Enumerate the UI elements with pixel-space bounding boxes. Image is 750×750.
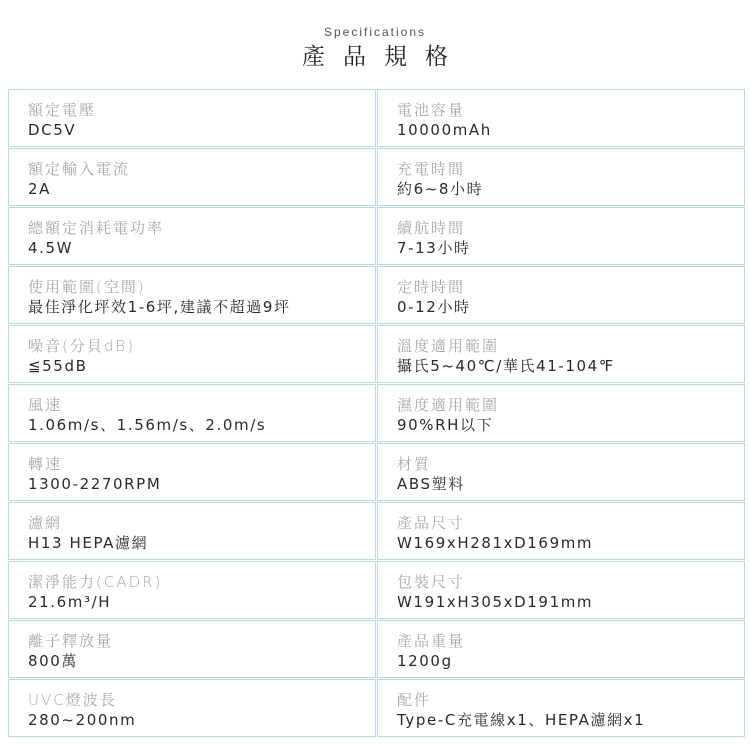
spec-cell-humidity-range: 濕度適用範圍 90%RH以下 <box>377 384 745 442</box>
spec-cell-rated-voltage: 額定電壓 DC5V <box>8 89 376 147</box>
spec-label: 充電時間 <box>397 160 744 179</box>
spec-label: 續航時間 <box>397 219 744 238</box>
spec-label: 風速 <box>28 396 375 415</box>
spec-label: 潔淨能力(CADR) <box>28 573 375 592</box>
spec-value: Type-C充電線x1、HEPA濾網x1 <box>397 710 744 730</box>
header-title: 產品規格 <box>0 42 750 72</box>
spec-value: 攝氏5~40℃/華氏41-104℉ <box>397 356 744 376</box>
spec-value: 21.6m³/H <box>28 592 375 612</box>
spec-value: 4.5W <box>28 238 375 258</box>
spec-value: 1.06m/s、1.56m/s、2.0m/s <box>28 415 375 435</box>
spec-cell-product-size: 產品尺寸 W169xH281xD169mm <box>377 502 745 560</box>
spec-label: 濕度適用範圍 <box>397 396 744 415</box>
spec-label: 使用範圍(空間) <box>28 278 375 297</box>
spec-value: DC5V <box>28 120 375 140</box>
spec-cell-timer: 定時時間 0-12小時 <box>377 266 745 324</box>
spec-label: 產品重量 <box>397 632 744 651</box>
spec-label: 轉速 <box>28 455 375 474</box>
spec-cell-power-consumption: 總額定消耗電功率 4.5W <box>8 207 376 265</box>
spec-cell-charging-time: 充電時間 約6~8小時 <box>377 148 745 206</box>
spec-label: 配件 <box>397 691 744 710</box>
spec-cell-material: 材質 ABS塑料 <box>377 443 745 501</box>
spec-value: 0-12小時 <box>397 297 744 317</box>
spec-value: 280~200nm <box>28 710 375 730</box>
spec-cell-package-size: 包裝尺寸 W191xH305xD191mm <box>377 561 745 619</box>
spec-value: 7-13小時 <box>397 238 744 258</box>
spec-label: 溫度適用範圍 <box>397 337 744 356</box>
spec-value: W169xH281xD169mm <box>397 533 744 553</box>
spec-label: 離子釋放量 <box>28 632 375 651</box>
spec-label: 電池容量 <box>397 101 744 120</box>
spec-cell-wind-speed: 風速 1.06m/s、1.56m/s、2.0m/s <box>8 384 376 442</box>
spec-label: 包裝尺寸 <box>397 573 744 592</box>
spec-cell-temperature-range: 溫度適用範圍 攝氏5~40℃/華氏41-104℉ <box>377 325 745 383</box>
spec-value: H13 HEPA濾網 <box>28 533 375 553</box>
spec-cell-uvc-wavelength: UVC燈波長 280~200nm <box>8 679 376 737</box>
spec-cell-battery-life: 續航時間 7-13小時 <box>377 207 745 265</box>
spec-value: 10000mAh <box>397 120 744 140</box>
spec-value: W191xH305xD191mm <box>397 592 744 612</box>
spec-cell-product-weight: 產品重量 1200g <box>377 620 745 678</box>
spec-value: 90%RH以下 <box>397 415 744 435</box>
spec-cell-rotation-speed: 轉速 1300-2270RPM <box>8 443 376 501</box>
spec-value: ABS塑料 <box>397 474 744 494</box>
spec-cell-noise: 噪音(分貝dB) ≦55dB <box>8 325 376 383</box>
spec-value: 1200g <box>397 651 744 671</box>
spec-table: 額定電壓 DC5V 電池容量 10000mAh 額定輸入電流 2A 充電時間 約… <box>8 89 745 737</box>
spec-label: 額定輸入電流 <box>28 160 375 179</box>
spec-value: 2A <box>28 179 375 199</box>
spec-cell-battery-capacity: 電池容量 10000mAh <box>377 89 745 147</box>
spec-page: Specifications 產品規格 額定電壓 DC5V 電池容量 10000… <box>0 0 750 750</box>
spec-cell-cadr: 潔淨能力(CADR) 21.6m³/H <box>8 561 376 619</box>
spec-label: 材質 <box>397 455 744 474</box>
spec-label: 產品尺寸 <box>397 514 744 533</box>
spec-label: 總額定消耗電功率 <box>28 219 375 238</box>
spec-label: 濾網 <box>28 514 375 533</box>
spec-value: 800萬 <box>28 651 375 671</box>
spec-value: 1300-2270RPM <box>28 474 375 494</box>
spec-label: 噪音(分貝dB) <box>28 337 375 356</box>
spec-cell-coverage-area: 使用範圍(空間) 最佳淨化坪效1-6坪,建議不超過9坪 <box>8 266 376 324</box>
spec-header: Specifications 產品規格 <box>0 24 750 72</box>
header-subtitle: Specifications <box>0 24 750 40</box>
spec-value: ≦55dB <box>28 356 375 376</box>
spec-label: 額定電壓 <box>28 101 375 120</box>
spec-cell-rated-input-current: 額定輸入電流 2A <box>8 148 376 206</box>
spec-label: UVC燈波長 <box>28 691 375 710</box>
spec-value: 最佳淨化坪效1-6坪,建議不超過9坪 <box>28 297 375 317</box>
spec-cell-accessories: 配件 Type-C充電線x1、HEPA濾網x1 <box>377 679 745 737</box>
spec-cell-filter: 濾網 H13 HEPA濾網 <box>8 502 376 560</box>
spec-value: 約6~8小時 <box>397 179 744 199</box>
spec-label: 定時時間 <box>397 278 744 297</box>
spec-cell-ion-output: 離子釋放量 800萬 <box>8 620 376 678</box>
